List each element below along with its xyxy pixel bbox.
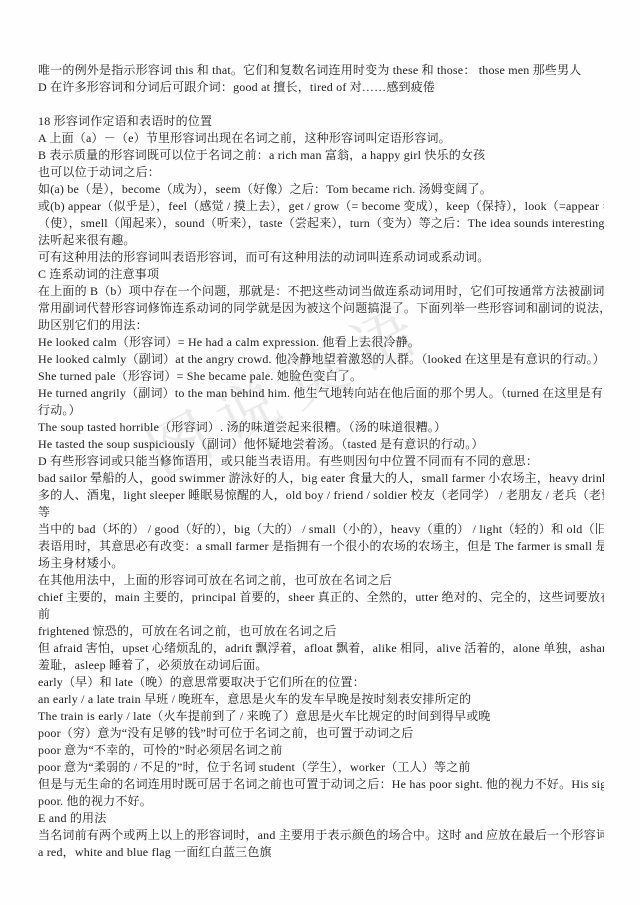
text-line: C 连系动词的注意事项 [38,266,604,283]
text-line: The soup tasted horrible（形容词）. 汤的味道尝起来很糟… [38,419,604,436]
text-line: poor. 他的视力不好。 [38,793,604,810]
text-line: 羞耻，asleep 睡着了，必须放在动词后面。 [38,657,604,674]
text-line: The train is early / late（火车提前到了 / 来晚了）意… [38,708,604,725]
text-line: He tasted the soup suspiciously（副词）他怀疑地尝… [38,436,604,453]
text-line: B 表示质量的形容词既可以位于名词之前：a rich man 富翁，a happ… [38,147,604,164]
text-line: He turned angrily（副词）to the man behind h… [38,385,604,402]
text-line: 如(a) be（是），become（成为），seem（好像）之后：Tom bec… [38,181,604,198]
text-line: 但 afraid 害怕，upset 心绪烦乱的，adrift 飘浮着，afloa… [38,640,604,657]
text-line: poor 意为“柔弱的 / 不足的”时，位于名词 student（学生），wor… [38,759,604,776]
text-line: 或(b) appear（似乎是），feel（感觉 / 摸上去），get / gr… [38,198,604,215]
text-line: He looked calmly（副词）at the angry crowd. … [38,351,604,368]
text-line: A 上面（a）－（e）节里形容词出现在名词之前，这种形容词叫定语形容词。 [38,130,604,147]
text-line: 也可以位于动词之后： [38,164,604,181]
text-line: 助区别它们的用法： [38,317,604,334]
text-line: frightened 惊恐的，可放在名词之前，也可放在名词之后 [38,623,604,640]
text-line: early（早）和 late（晚）的意思常要取决于它们所在的位置： [38,674,604,691]
text-line: 多的人、酒鬼，light sleeper 睡眠易惊醒的人，old boy / f… [38,487,604,504]
text-line: She turned pale（形容词）= She became pale. 她… [38,368,604,385]
text-line: poor 意为“不幸的，可怜的”时必须居名词之前 [38,742,604,759]
text-line: E and 的用法 [38,810,604,827]
text-line: poor（穷）意为“没有足够的钱”时可位于名词之前，也可置于动词之后 [38,725,604,742]
text-line: （使），smell（闻起来），sound（听来），taste（尝起来），turn… [38,215,604,232]
text-line: D 在许多形容词和分词后可跟介词：good at 擅长，tired of 对……… [38,79,604,96]
document-page: 图说英语 唯一的例外是指示形容词 this 和 that。它们和复数名词连用时变… [0,0,640,905]
text-line: 行动。） [38,402,604,419]
text-line: 唯一的例外是指示形容词 this 和 that。它们和复数名词连用时变为 the… [38,62,604,79]
text-line: 可有这种用法的形容词叫表语形容词，而可有这种用法的动词叫连系动词或系动词。 [38,249,604,266]
text-line: 在上面的 B（b）项中存在一个问题，那就是：不把这些动词当做连系动词用时，它们可… [38,283,604,300]
text-line: 等 [38,504,604,521]
text-line: 表语用时，其意思必有改变：a small farmer 是指拥有一个很小的农场的… [38,538,604,555]
text-line: chief 主要的，main 主要的，principal 首要的，sheer 真… [38,589,604,606]
text-line: 18 形容词作定语和表语时的位置 [38,113,604,130]
document-content: 唯一的例外是指示形容词 this 和 that。它们和复数名词连用时变为 the… [38,62,604,861]
text-line [38,96,604,113]
text-line: bad sailor 晕船的人，good swimmer 游泳好的人，big e… [38,470,604,487]
text-line: a red，white and blue flag 一面红白蓝三色旗 [38,844,604,861]
text-line: D 有些形容词或只能当修饰语用，或只能当表语用。有些则因句中位置不同而有不同的意… [38,453,604,470]
text-line: 常用副词代替形容词修饰连系动词的同学就是因为被这个问题搞混了。下面列举一些形容词… [38,300,604,317]
text-line: 在其他用法中，上面的形容词可放在名词之前，也可放在名词之后 [38,572,604,589]
text-line: 法听起来很有趣。 [38,232,604,249]
text-line: 场主身材矮小。 [38,555,604,572]
text-line: He looked calm（形容词）= He had a calm expre… [38,334,604,351]
text-line: an early / a late train 早班 / 晚班车，意思是火车的发… [38,691,604,708]
text-line: 当中的 bad（坏的） / good（好的），big（大的） / small（小… [38,521,604,538]
text-line: 但是与无生命的名词连用时既可居于名词之前也可置于动词之后：He has poor… [38,776,604,793]
text-line: 前 [38,606,604,623]
text-line: 当名词前有两个或两上以上的形容词时，and 主要用于表示颜色的场合中。这时 an… [38,827,604,844]
